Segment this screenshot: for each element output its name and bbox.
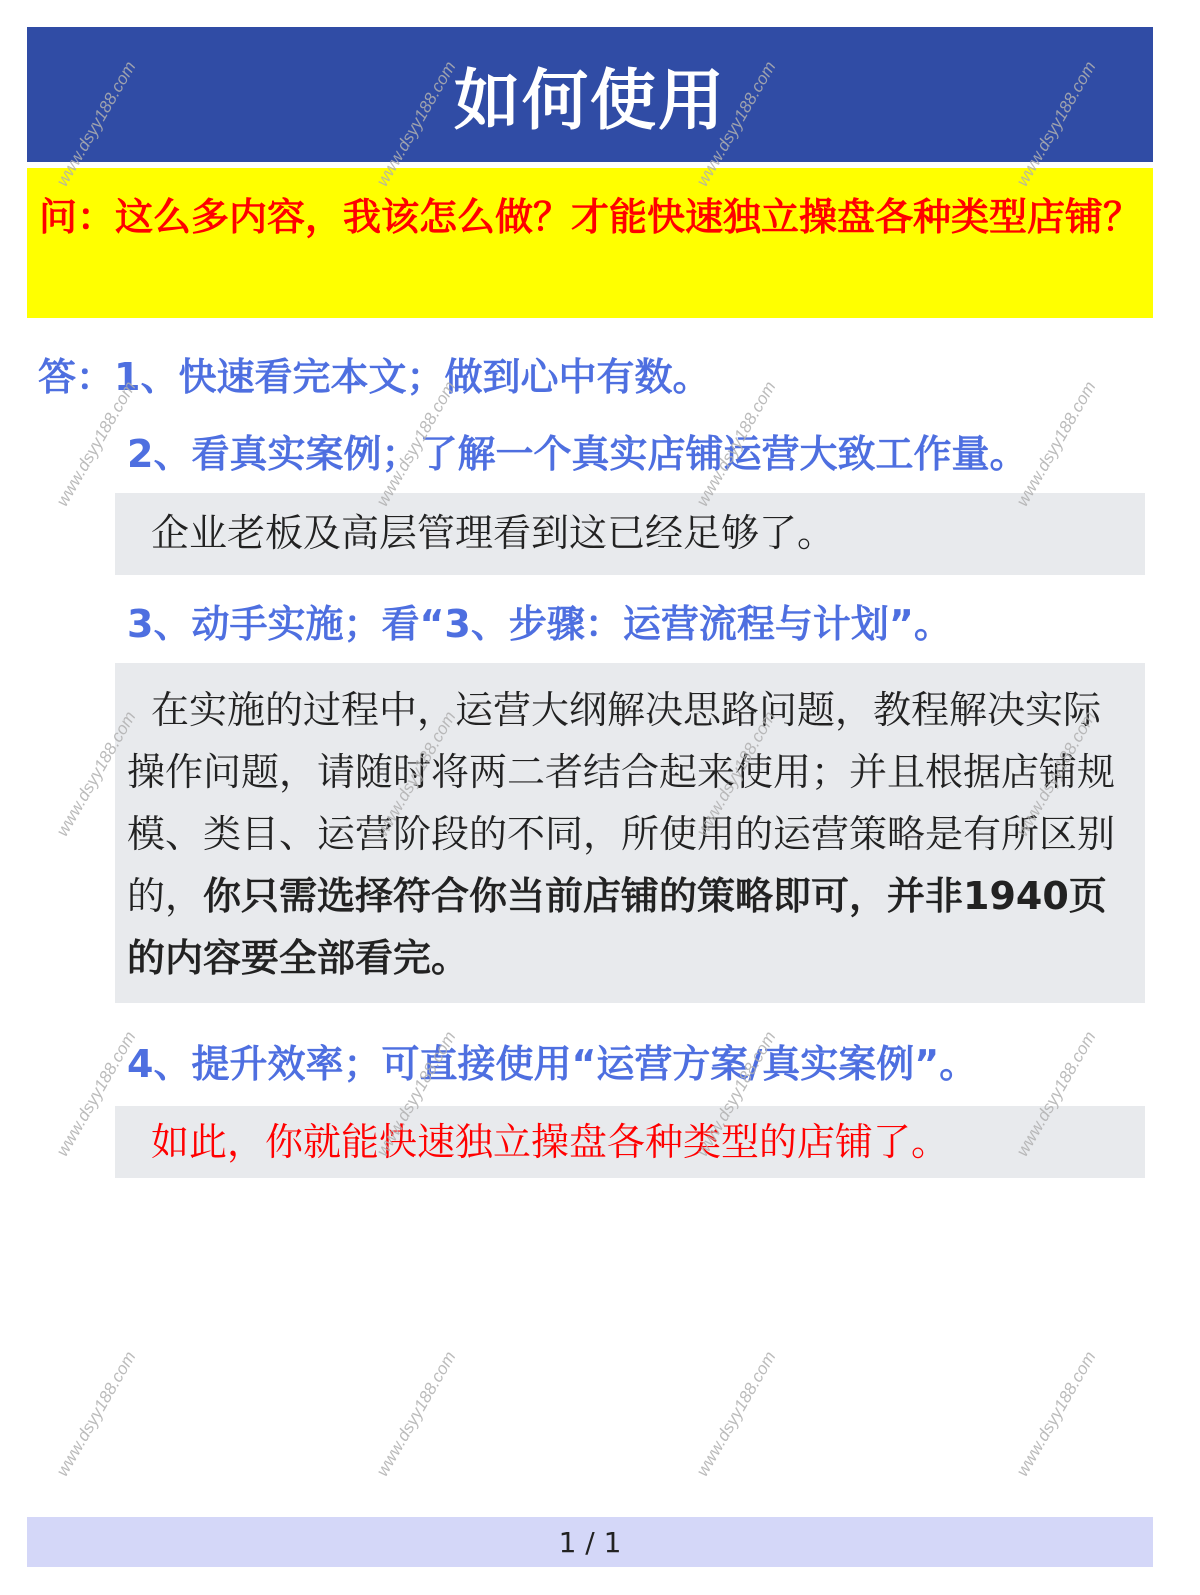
page-title: 如何使用: [454, 47, 726, 142]
conclusion-box: 如此，你就能快速独立操盘各种类型的店铺了。: [115, 1106, 1145, 1178]
page-footer: 1 / 1: [27, 1517, 1153, 1567]
answer-step-2: 2、看真实案例；了解一个真实店铺运营大致工作量。: [127, 423, 1027, 478]
conclusion-text: 如此，你就能快速独立操盘各种类型的店铺了。: [151, 1116, 1145, 1168]
watermark: www.dsyy188.com: [1013, 1348, 1101, 1480]
watermark: www.dsyy188.com: [693, 1348, 781, 1480]
page-indicator: 1 / 1: [559, 1526, 622, 1559]
answer-step-4: 4、提升效率；可直接使用“运营方案/真实案例”。: [127, 1033, 977, 1088]
note-implementation: 在实施的过程中，运营大纲解决思路问题，教程解决实际操作问题，请随时将两二者结合起…: [127, 679, 1121, 989]
question-text: 问：这么多内容，我该怎么做？才能快速独立操盘各种类型店铺？: [39, 186, 1143, 248]
watermark: www.dsyy188.com: [53, 1348, 141, 1480]
answer-step-3: 3、动手实施；看“3、步骤：运营流程与计划”。: [127, 593, 952, 648]
note-box-executives: 企业老板及高层管理看到这已经足够了。: [115, 493, 1145, 575]
note-executives: 企业老板及高层管理看到这已经足够了。: [151, 507, 1145, 559]
note-box-implementation: 在实施的过程中，运营大纲解决思路问题，教程解决实际操作问题，请随时将两二者结合起…: [115, 663, 1145, 1003]
watermark: www.dsyy188.com: [373, 1348, 461, 1480]
note-implementation-emphasis: 你只需选择符合你当前店铺的策略即可，并非1940页的内容要全部看完。: [127, 874, 1107, 980]
page-header: 如何使用: [27, 27, 1153, 162]
answer-step-1: 答：1、快速看完本文；做到心中有数。: [38, 346, 710, 401]
question-banner: 问：这么多内容，我该怎么做？才能快速独立操盘各种类型店铺？: [27, 168, 1153, 318]
